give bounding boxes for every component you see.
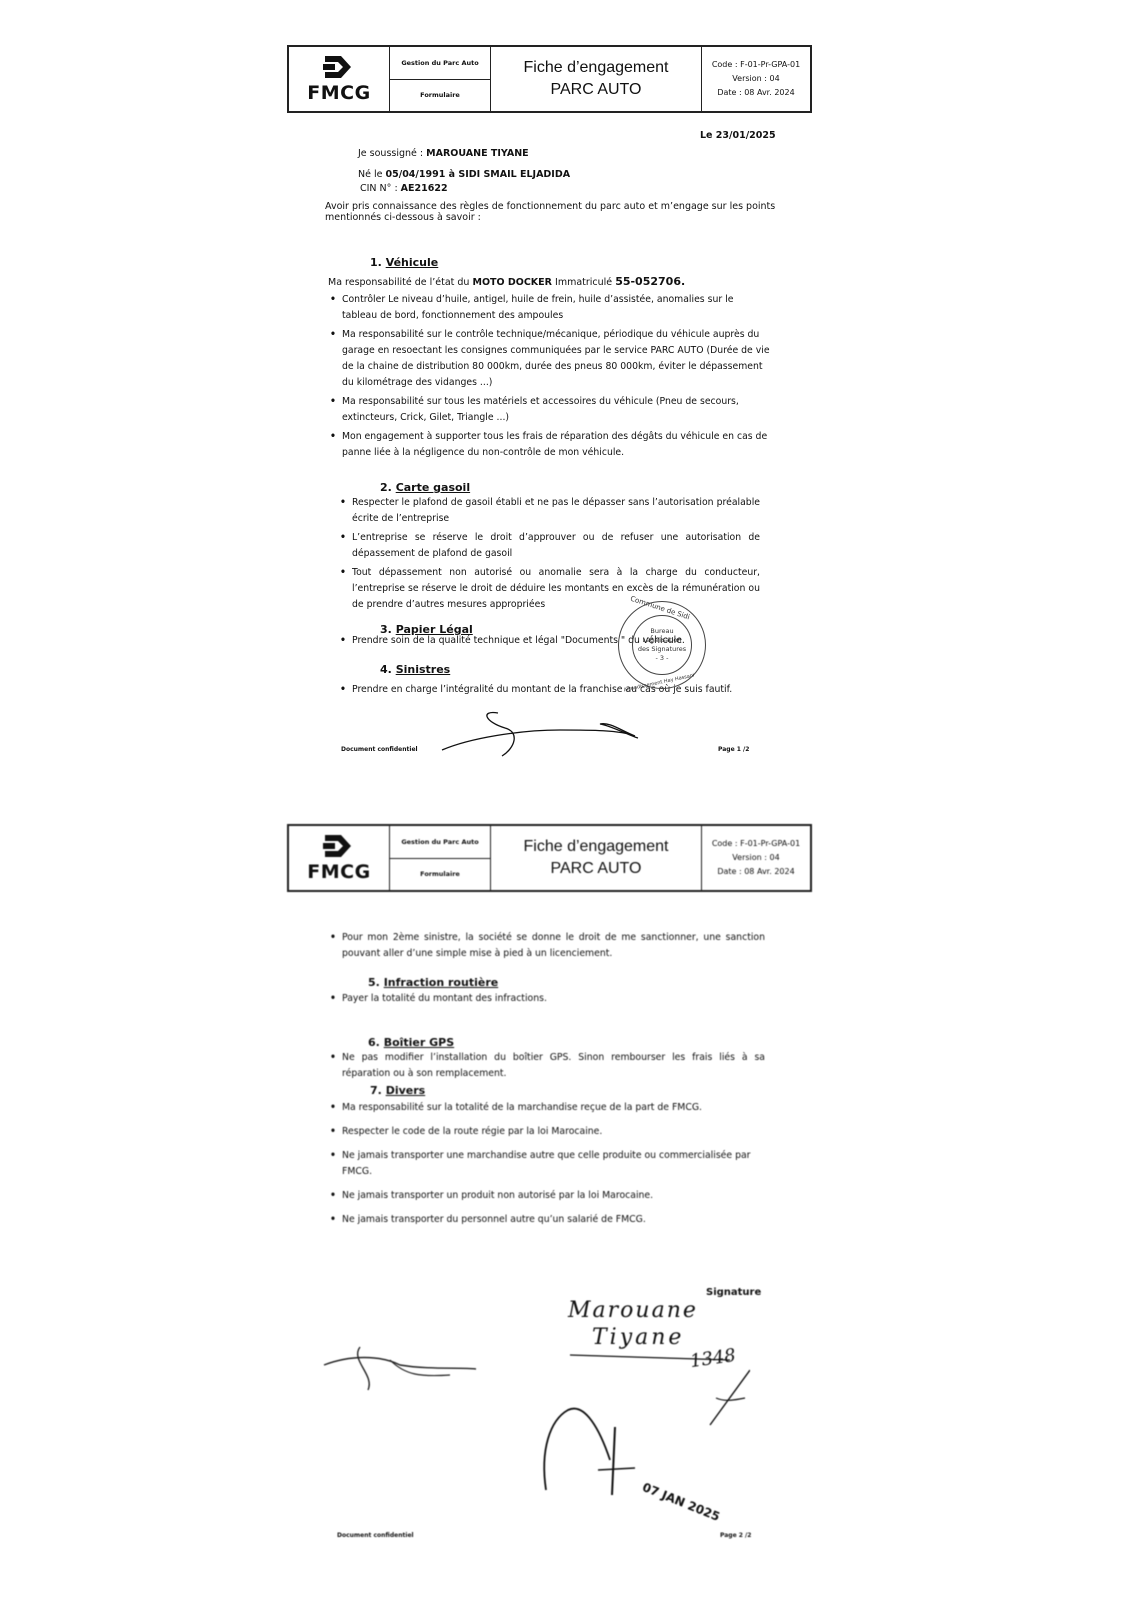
document-code-block: Code : F-01-Pr-GPA-01 Version : 04 Date … bbox=[702, 47, 810, 111]
birth-label: Né le bbox=[358, 169, 382, 180]
doc-date: Date : 08 Avr. 2024 bbox=[717, 865, 794, 879]
page-2: FMCG Gestion du Parc Auto Formulaire Fic… bbox=[0, 790, 1131, 1599]
continued-sinistres-list: Pour mon 2ème sinistre, la société se do… bbox=[330, 930, 765, 965]
list-item: Respecter le plafond de gasoil établi et… bbox=[340, 495, 760, 527]
document-date: Le 23/01/2025 bbox=[700, 128, 776, 143]
section-5-title: Infraction routière bbox=[384, 976, 499, 989]
section-5-list: Payer la totalité du montant des infract… bbox=[330, 991, 765, 1010]
document-title: Fiche d’engagement PARC AUTO bbox=[491, 47, 702, 111]
document-code-block: Code : F-01-Pr-GPA-01 Version : 04 Date … bbox=[702, 826, 810, 890]
list-item: Ne jamais transporter une marchandise au… bbox=[330, 1148, 765, 1180]
birth-value: 05/04/1991 à SIDI SMAIL ELJADIDA bbox=[386, 169, 571, 180]
title-line-1: Fiche d’engagement bbox=[524, 57, 669, 79]
footer-confidential: Document confidentiel bbox=[341, 746, 418, 753]
title-line-2: PARC AUTO bbox=[551, 79, 642, 101]
cin-line: CIN N° : AE21622 bbox=[360, 181, 448, 196]
doc-code: Code : F-01-Pr-GPA-01 bbox=[712, 58, 800, 72]
signature-label: Signature bbox=[706, 1287, 761, 1298]
section-6-list: Ne pas modifier l’installation du boîtie… bbox=[330, 1050, 765, 1085]
footer-confidential: Document confidentiel bbox=[337, 1532, 414, 1539]
doc-version: Version : 04 bbox=[732, 72, 779, 86]
list-item: Ma responsabilité sur tous les matériels… bbox=[330, 394, 770, 426]
header-meta: Gestion du Parc Auto Formulaire bbox=[390, 826, 491, 890]
section-2-title: Carte gasoil bbox=[396, 481, 470, 494]
intro-paragraph: Avoir pris connaissance des règles de fo… bbox=[325, 201, 780, 223]
department-label: Gestion du Parc Auto bbox=[390, 826, 490, 859]
list-item: L’entreprise se réserve le droit d’appro… bbox=[340, 530, 760, 562]
birth-line: Né le 05/04/1991 à SIDI SMAIL ELJADIDA bbox=[358, 167, 570, 182]
signatory-label: Je soussigné : bbox=[358, 148, 423, 159]
vehicle-plate: 55-052706. bbox=[615, 275, 685, 288]
page-1: FMCG Gestion du Parc Auto Formulaire Fic… bbox=[0, 0, 1131, 790]
legalization-stamp: Commune de Sidi Bureau Légalisation des … bbox=[618, 601, 706, 689]
section-1-heading: 1. Véhicule bbox=[370, 256, 438, 269]
company-logo: FMCG bbox=[289, 47, 390, 111]
list-item: Ne jamais transporter du personnel autre… bbox=[330, 1212, 765, 1228]
company-logo: FMCG bbox=[289, 826, 390, 890]
vehicle-line: Ma responsabilité de l’état du MOTO DOCK… bbox=[328, 274, 685, 290]
list-item: Payer la totalité du montant des infract… bbox=[330, 991, 765, 1007]
header-meta: Gestion du Parc Auto Formulaire bbox=[390, 47, 491, 111]
section-6-title: Boîtier GPS bbox=[384, 1036, 454, 1049]
fmcg-logo-icon bbox=[321, 54, 357, 80]
vehicle-model: MOTO DOCKER bbox=[472, 277, 552, 288]
title-line-2: PARC AUTO bbox=[551, 858, 642, 880]
list-item: Tout dépassement non autorisé ou anomali… bbox=[340, 565, 760, 613]
list-item: Prendre en charge l’intégralité du monta… bbox=[340, 682, 760, 698]
document-header: FMCG Gestion du Parc Auto Formulaire Fic… bbox=[287, 824, 812, 892]
handwritten-name-1: Marouane bbox=[568, 1298, 698, 1323]
list-item: Mon engagement à supporter tous les frai… bbox=[330, 429, 770, 461]
list-item: Pour mon 2ème sinistre, la société se do… bbox=[330, 930, 765, 962]
doc-type-label: Formulaire bbox=[390, 859, 490, 891]
section-7-list: Ma responsabilité sur la totalité de la … bbox=[330, 1100, 765, 1231]
doc-code: Code : F-01-Pr-GPA-01 bbox=[712, 837, 800, 851]
section-4-title: Sinistres bbox=[396, 663, 451, 676]
brand-name: FMCG bbox=[307, 82, 370, 104]
section-5-heading: 5. Infraction routière bbox=[368, 976, 498, 989]
footer-page-number: Page 2 /2 bbox=[720, 1532, 751, 1539]
brand-name: FMCG bbox=[307, 861, 370, 883]
document-header: FMCG Gestion du Parc Auto Formulaire Fic… bbox=[287, 45, 812, 113]
handwritten-strokes bbox=[540, 1330, 750, 1500]
section-2-list: Respecter le plafond de gasoil établi et… bbox=[340, 495, 760, 616]
section-2-heading: 2. Carte gasoil bbox=[380, 481, 470, 494]
title-line-1: Fiche d’engagement bbox=[524, 836, 669, 858]
footer-page-number: Page 1 /2 bbox=[718, 746, 749, 753]
list-item: Respecter le code de la route régie par … bbox=[330, 1124, 765, 1140]
stamp-inner: Bureau Légalisation des Signatures - 3 - bbox=[632, 615, 692, 675]
list-item: Ma responsabilité sur le contrôle techni… bbox=[330, 327, 770, 391]
signature-scribble-2 bbox=[320, 1345, 480, 1395]
signatory-line: Je soussigné : MAROUANE TIYANE bbox=[358, 146, 529, 161]
list-item: Ne pas modifier l’installation du boîtie… bbox=[330, 1050, 765, 1082]
signature-scribble-1 bbox=[440, 708, 650, 758]
doc-date: Date : 08 Avr. 2024 bbox=[717, 86, 794, 100]
list-item: Ne jamais transporter un produit non aut… bbox=[330, 1188, 765, 1204]
doc-type-label: Formulaire bbox=[390, 80, 490, 112]
list-item: Ma responsabilité sur la totalité de la … bbox=[330, 1100, 765, 1116]
doc-version: Version : 04 bbox=[732, 851, 779, 865]
section-1-title: Véhicule bbox=[386, 256, 439, 269]
list-item: Contrôler Le niveau d’huile, antigel, hu… bbox=[330, 292, 770, 324]
department-label: Gestion du Parc Auto bbox=[390, 47, 490, 80]
section-6-heading: 6. Boîtier GPS bbox=[368, 1036, 454, 1049]
section-7-heading: 7. Divers bbox=[370, 1084, 425, 1097]
fmcg-logo-icon bbox=[321, 833, 357, 859]
signatory-name: MAROUANE TIYANE bbox=[426, 148, 529, 159]
section-4-heading: 4. Sinistres bbox=[380, 663, 450, 676]
section-7-title: Divers bbox=[386, 1084, 426, 1097]
cin-label: CIN N° : bbox=[360, 183, 398, 194]
cin-value: AE21622 bbox=[401, 183, 448, 194]
section-1-list: Contrôler Le niveau d’huile, antigel, hu… bbox=[330, 292, 770, 464]
document-title: Fiche d’engagement PARC AUTO bbox=[491, 826, 702, 890]
section-4-list: Prendre en charge l’intégralité du monta… bbox=[340, 682, 760, 701]
